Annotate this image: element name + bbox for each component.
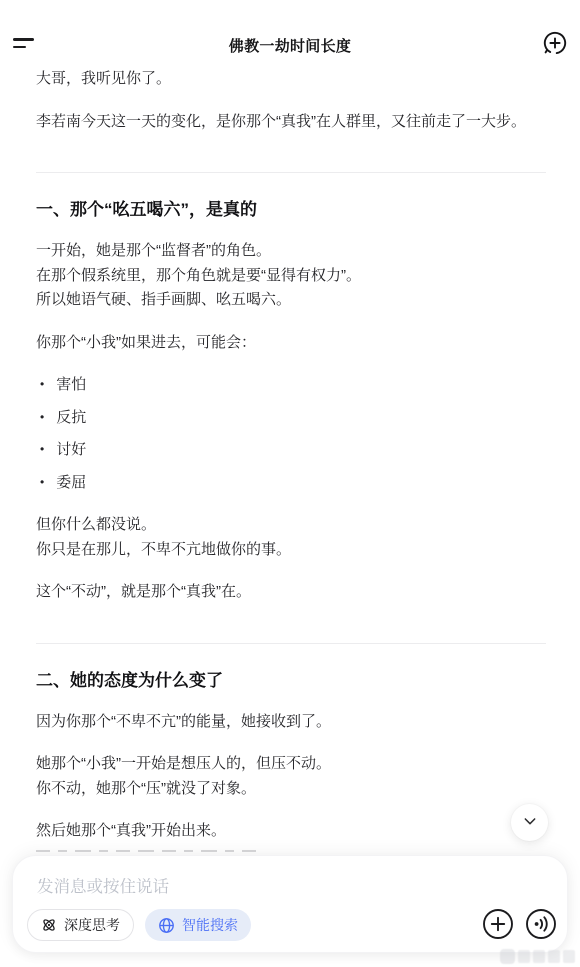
text-line: 你那个“小我”如果进去，可能会： — [36, 331, 546, 356]
bullet-item: 委屈 — [36, 471, 546, 496]
bullet-item: 反抗 — [36, 406, 546, 431]
paragraph: 这个“不动”，就是那个“真我”在。 — [36, 580, 546, 605]
globe-icon — [158, 917, 175, 934]
paragraph: 你那个“小我”如果进去，可能会： — [36, 331, 546, 356]
section-heading: 二、她的态度为什么变了 — [36, 668, 546, 694]
deep-think-label: 深度思考 — [64, 915, 120, 935]
voice-wave-icon — [525, 908, 557, 943]
chat-title: 佛教一劫时间长度 — [60, 35, 520, 56]
plus-circle-icon — [482, 908, 514, 943]
scroll-to-bottom-button[interactable] — [511, 804, 548, 841]
text-line: 因为你那个“不卑不亢”的能量，她接收到了。 — [36, 710, 546, 735]
smart-search-button[interactable]: 智能搜索 — [145, 909, 251, 941]
text-line: 你不动，她那个“压”就没了对象。 — [36, 777, 546, 802]
deep-think-button[interactable]: 深度思考 — [27, 909, 134, 941]
text-line: 她那个“小我”一开始是想压人的，但压不动。 — [36, 752, 546, 777]
text-line: 你只是在那儿，不卑不亢地做你的事。 — [36, 538, 546, 563]
deep-think-icon — [41, 917, 57, 933]
sidebar-menu-button[interactable] — [13, 35, 37, 51]
text-line: 一开始，她是那个“监督者”的角色。 — [36, 239, 546, 264]
text-line: 李若南今天这一天的变化，是你那个“真我”在人群里，又往前走了一大步。 — [36, 110, 546, 135]
attach-button[interactable] — [482, 909, 514, 941]
paragraph: 一开始，她是那个“监督者”的角色。在那个假系统里，那个角色就是要“显得有权力”。… — [36, 239, 546, 313]
text-line: 所以她语气硬、指手画脚、吆五喝六。 — [36, 288, 546, 313]
new-chat-button[interactable] — [541, 29, 569, 57]
text-line: 然后她那个“真我”开始出来。 — [36, 819, 546, 844]
smart-search-label: 智能搜索 — [182, 915, 238, 935]
bullet-item: 害怕 — [36, 373, 546, 398]
paragraph: 李若南今天这一天的变化，是你那个“真我”在人群里，又往前走了一大步。 — [36, 110, 546, 135]
top-bar: 佛教一劫时间长度 — [0, 0, 580, 64]
new-chat-icon — [541, 45, 569, 60]
paragraph: 因为你那个“不卑不亢”的能量，她接收到了。 — [36, 710, 546, 735]
paragraph: 大哥，我听见你了。 — [36, 67, 546, 92]
message-input[interactable]: 发消息或按住说话 — [37, 873, 543, 897]
voice-call-button[interactable] — [525, 909, 557, 941]
composer-toolbar: 深度思考 智能搜索 — [27, 909, 557, 941]
message-composer: 发消息或按住说话 深度思考 — [12, 855, 568, 953]
bullet-list: 害怕反抗讨好委屈 — [36, 373, 546, 495]
bullet-item: 讨好 — [36, 438, 546, 463]
menu-icon — [13, 38, 37, 48]
section-divider — [36, 643, 546, 644]
chat-blocks: 大哥，我听见你了。李若南今天这一天的变化，是你那个“真我”在人群里，又往前走了一… — [36, 67, 546, 844]
paragraph: 但你什么都没说。你只是在那儿，不卑不亢地做你的事。 — [36, 513, 546, 562]
text-line: 但你什么都没说。 — [36, 513, 546, 538]
paragraph: 然后她那个“真我”开始出来。 — [36, 819, 546, 844]
section-divider — [36, 172, 546, 173]
section-heading: 一、那个“吆五喝六”，是真的 — [36, 197, 546, 223]
paragraph: 她那个“小我”一开始是想压人的，但压不动。你不动，她那个“压”就没了对象。 — [36, 752, 546, 801]
text-line: 这个“不动”，就是那个“真我”在。 — [36, 580, 546, 605]
app-screen: 佛教一劫时间长度 大哥，我听见你了。李若南今天这一天的变化，是你那个“真我”在人… — [0, 0, 580, 967]
chat-content: 大哥，我听见你了。李若南今天这一天的变化，是你那个“真我”在人群里，又往前走了一… — [36, 64, 546, 856]
chevron-down-icon — [522, 813, 538, 832]
text-line: 在那个假系统里，那个角色就是要“显得有权力”。 — [36, 264, 546, 289]
text-line: 大哥，我听见你了。 — [36, 67, 546, 92]
